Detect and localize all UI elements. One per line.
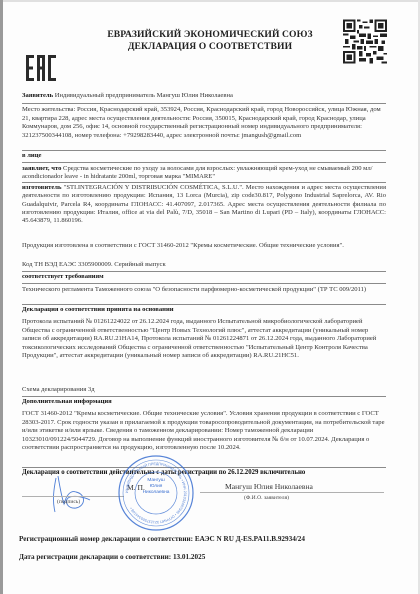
divider: [22, 283, 386, 284]
eac-logo-icon: [26, 55, 56, 81]
declaration-scheme: Схема декларирования 3д: [22, 386, 386, 394]
stamp-text: Мангуш Юлия Николаевна: [137, 478, 175, 496]
divider: [22, 396, 386, 397]
manufacturer-label: изготовитель: [22, 184, 62, 191]
complies-value: Технического регламента Таможенного союз…: [22, 286, 386, 294]
name-caption: (Ф.И.О. заявителя): [244, 495, 289, 501]
applicant-full-name: Мангуш Юлия Николаевна: [225, 482, 313, 491]
in-person-label: в лице: [22, 152, 386, 160]
manufacturer-value: "STI.INTEGRACIÓN Y DISTRIBUCIÓN COSMÉTIC…: [22, 184, 386, 224]
divider: [22, 162, 386, 163]
manufacturer-standard: Продукция изготовлена в соответствии с Г…: [22, 242, 386, 250]
declares-section: заявляет, что Средства косметические по …: [22, 165, 386, 182]
product-code: Код ТН ВЭД ЕАЭС 3305900009. Серийный вып…: [22, 261, 386, 269]
name-line: [200, 492, 384, 493]
divider: [22, 271, 386, 272]
complies-label: соответствует требованиям: [22, 273, 386, 281]
applicant-value: Индивидуальный предприниматель Мангуш Юл…: [55, 92, 233, 99]
additional-label: Дополнительная информация: [22, 398, 386, 406]
divider: [22, 103, 386, 104]
registration-date: Дата регистрации декларации о соответств…: [19, 553, 205, 561]
applicant-label: Заявитель: [22, 92, 53, 99]
additional-value: ГОСТ 31460-2012 "Кремы косметические. Об…: [22, 410, 386, 453]
signature-line: [22, 496, 124, 497]
divider: [22, 467, 386, 468]
declares-label: заявляет, что: [22, 165, 61, 172]
applicant-line: Заявитель Индивидуальный предприниматель…: [22, 92, 386, 100]
manufacturer-section: изготовитель "STI.INTEGRACIÓN Y DISTRIBU…: [22, 184, 386, 225]
divider: [22, 304, 386, 305]
basis-label: Декларация о соответствии принята на осн…: [22, 306, 386, 314]
divider: [22, 150, 386, 151]
divider: [22, 182, 386, 183]
declaration-page: ЕВРАЗИЙСКИЙ ЭКОНОМИЧЕСКИЙ СОЮЗ ДЕКЛАРАЦИ…: [0, 0, 420, 594]
basis-value: Протокола испытаний № 01261224022 от 26.…: [22, 318, 386, 361]
applicant-address: Место жительства: Россия, Краснодарский …: [22, 106, 386, 140]
signature-mark: [46, 474, 92, 514]
declares-value: Средства косметические по уходу за волос…: [22, 165, 372, 180]
qr-code-icon[interactable]: [343, 18, 387, 65]
signature-caption: (подпись): [57, 499, 80, 505]
registration-number: Регистрационный номер декларации о соотв…: [19, 535, 305, 543]
